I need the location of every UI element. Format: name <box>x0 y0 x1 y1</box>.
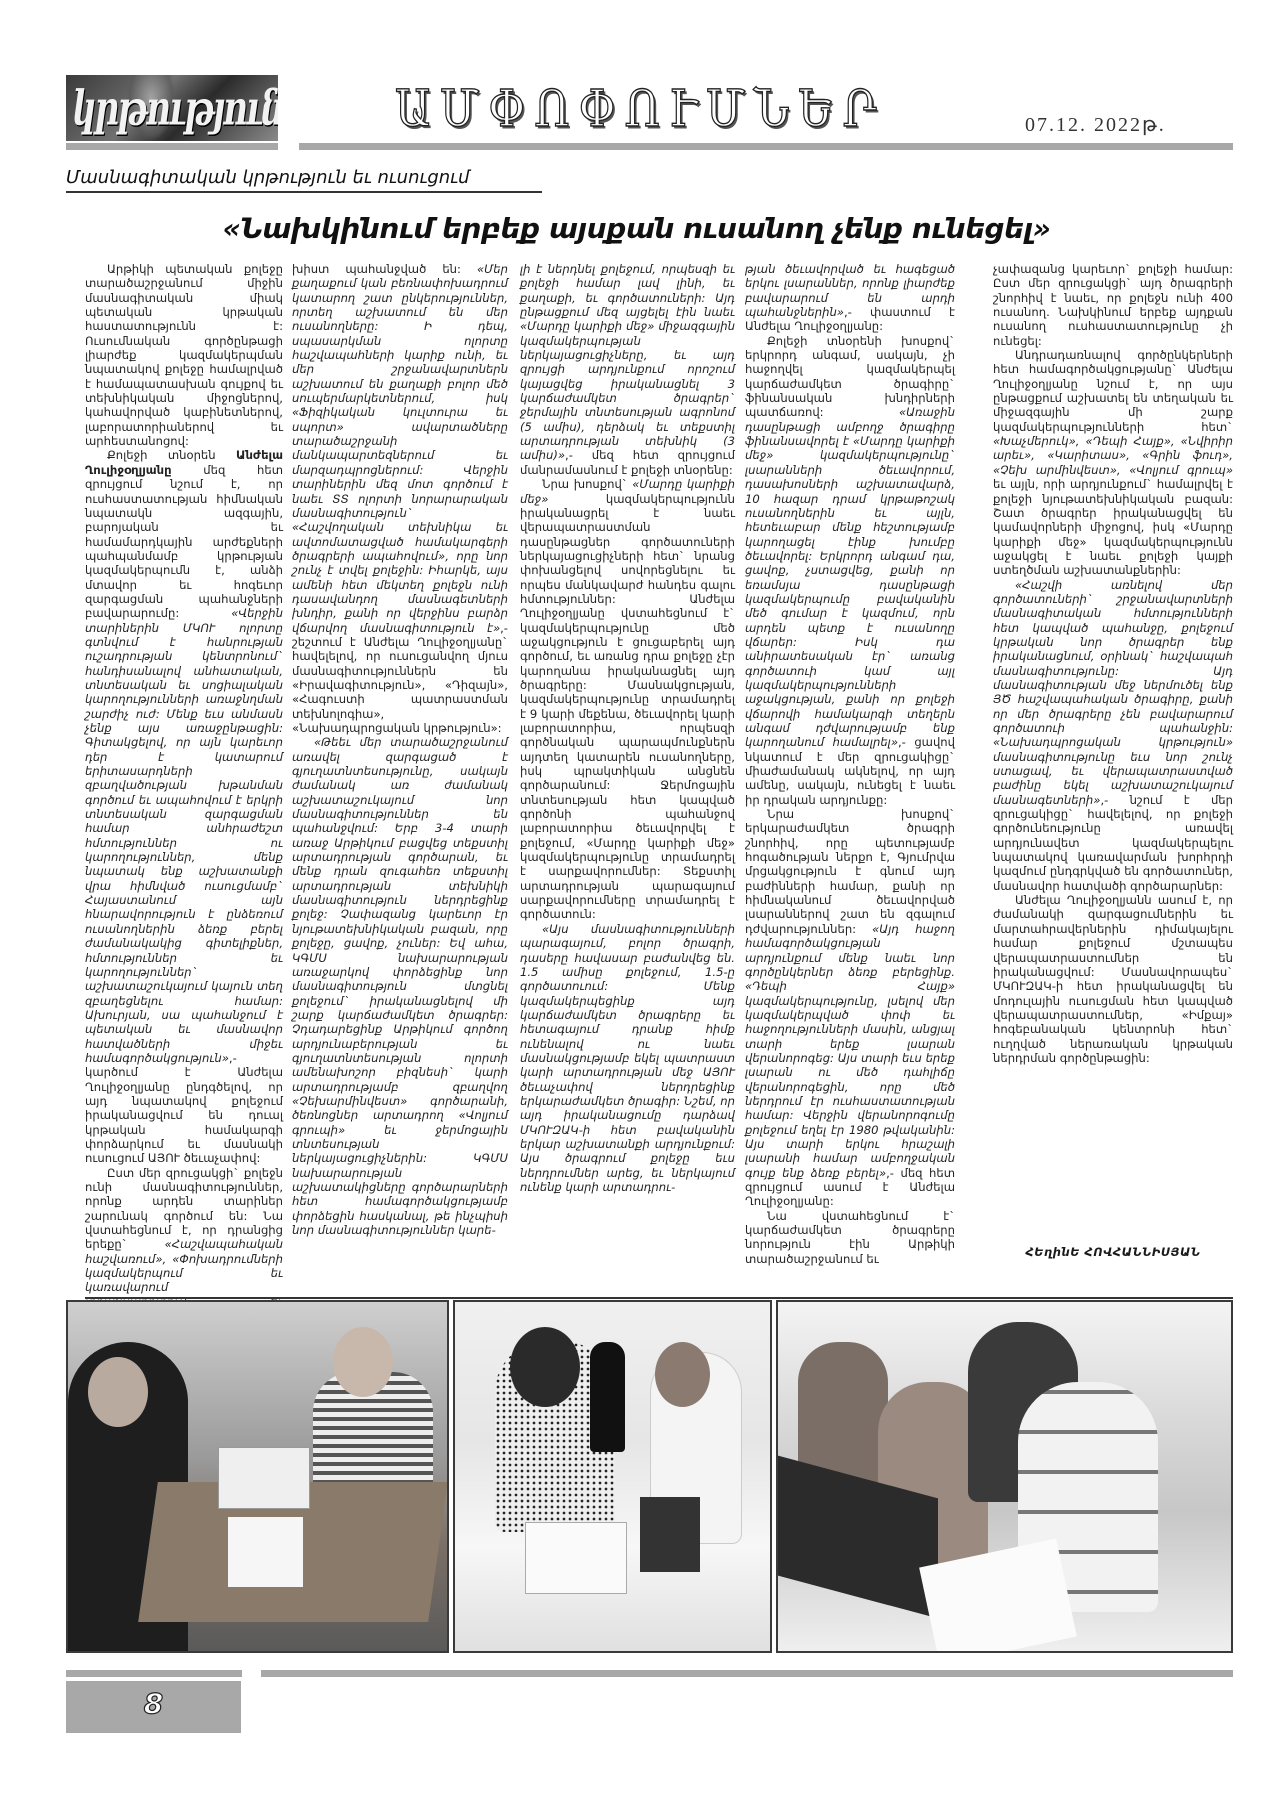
article-paragraph: «Թեեւ մեր տարածաշրջանում առավել զարգացած… <box>292 735 508 1237</box>
header-divider-left <box>66 143 278 150</box>
paragraph-italic: «Մեր քաղաքում կան բեռնափոխադրում կատարող… <box>292 262 508 635</box>
article-paragraph: «Հաշվի առնելով մեր գործատուների` շրջանավ… <box>993 578 1233 894</box>
article-headline: «Նախկինում երբեք այսքան ուսանող չենք ուն… <box>0 212 1273 245</box>
paragraph-tail: ,- կարծում է Անժելա Ղուլիջօղլյանը ընդգծե… <box>85 1051 283 1165</box>
paragraph-italic: «Այս մասնագիտությունների պարագայում, բոլ… <box>520 922 735 1194</box>
article-paragraph: Նա վստահեցնում է` կարճաժամկետ ծրագրերը ն… <box>745 1209 955 1266</box>
paragraph-tail: ,- նշում է մեր զրուցակիցը` հավելելով, որ… <box>993 793 1233 893</box>
photo-director-at-desk <box>66 1300 449 1653</box>
article-column-3: լի է ներդնել քոլեջում, որպեսզի եւ քոլեջի… <box>520 262 735 1194</box>
paragraph-text: խիստ պահանջված են: <box>292 262 477 276</box>
paragraph-italic: «Հաշվի առնելով մեր գործատուների` շրջանավ… <box>993 578 1233 807</box>
paragraph-lead: Քոլեջի տնօրեն <box>107 448 236 462</box>
paragraph-italic: «Թեեւ մեր տարածաշրջանում առավել զարգացած… <box>292 735 508 1237</box>
page-number: 8 <box>66 1687 241 1720</box>
face-shape <box>655 1342 710 1407</box>
paragraph-text: չափազանց կարեւոր` քոլեջի համար: Ըստ մեր … <box>993 262 1233 348</box>
logo-text: կրթություն <box>72 81 278 137</box>
newspaper-logo: կրթություն <box>66 75 278 141</box>
article-bottom-rule <box>85 1297 1233 1299</box>
article-paragraph: Նրա խոսքով` «Մարդը կարիքի մեջ» կազմակերպ… <box>520 477 735 922</box>
supplies-box-shape <box>218 1447 310 1509</box>
article-paragraph: Անդրադառնալով գործընկերների հետ համագործ… <box>993 348 1233 578</box>
article-column-1: Արթիկի պետական քոլեջը տարածաշրջանում միջ… <box>85 262 283 1352</box>
paragraph-text: Արթիկի պետական քոլեջը տարածաշրջանում միջ… <box>85 262 283 448</box>
face-shape <box>88 1357 148 1427</box>
article-rubric: Մասնագիտական կրթություն եւ ուսուցում <box>66 167 542 193</box>
article-paragraph: Նրա խոսքով` երկարաժամկետ ծրագրի շնորհիվ,… <box>745 807 955 1209</box>
photo-sewing-workshop <box>453 1300 772 1653</box>
article-column-4: թյան ծեւավորված եւ հագեցած երկու լսարանն… <box>745 262 955 1266</box>
paragraph-italic: «Վերջին տարիներին ՄԿՈՒ ոլորտը գտնվում է … <box>85 606 283 1065</box>
paragraph-italic: «Այդ հաջող համագործակցության արդյունքում… <box>745 922 955 1180</box>
article-paragraph: չափազանց կարեւոր` քոլեջի համար: Ըստ մեր … <box>993 262 1233 348</box>
paragraph-text: Անդրադառնալով գործընկերների հետ համագործ… <box>993 348 1233 434</box>
face-shape <box>333 1327 393 1397</box>
hair-shape <box>510 1327 580 1407</box>
author-byline: ՀԵղինԵ ՀՈՎՀԱՆՆԻՍՅԱՆ <box>993 1245 1233 1259</box>
page-number-box: 8 <box>66 1681 241 1733</box>
footer-divider-right <box>261 1670 1233 1677</box>
paragraph-tail: ,- շեշտում է Անժելա Ղուլիջօղլյանը` հավել… <box>292 621 508 735</box>
article-paragraph: Քոլեջի տնօրեն Անժելա Ղուլիջօղլյանը մեզ հ… <box>85 448 283 1165</box>
paper-shape <box>228 1517 303 1587</box>
paragraph-text: Անժելա Ղուլիջօղլյանն ասում է, որ ժամանակ… <box>993 893 1233 1065</box>
photo-computer-lab <box>776 1300 1233 1653</box>
mannequin-shape <box>590 1342 625 1452</box>
article-column-5: չափազանց կարեւոր` քոլեջի համար: Ըստ մեր … <box>993 262 1233 1065</box>
paragraph-tail: կազմակերպությունն իրականացրել է նաեւ վեր… <box>520 492 735 922</box>
footer-divider-left <box>66 1670 242 1677</box>
paragraph-text: մեզ հետ զրույցում նշում է, որ ուսհաստատո… <box>85 463 283 620</box>
paragraph-text: Նա վստահեցնում է` կարճաժամկետ ծրագրերը ն… <box>745 1209 955 1266</box>
article-paragraph: թյան ծեւավորված եւ հագեցած երկու լսարանն… <box>745 262 955 334</box>
paragraph-text: Նրա խոսքով` երկարաժամկետ ծրագրի շնորհիվ,… <box>745 807 955 936</box>
sewing-machine-shape <box>525 1522 627 1594</box>
section-title: ԱՄՓՈՓՈՒՄՆԵՐ <box>395 80 886 139</box>
paragraph-tail: եւ այլն, որի արդյունքում` համալրվել է քո… <box>993 477 1233 577</box>
bottles-shape <box>640 1497 700 1572</box>
issue-date: 07.12. 2022թ. <box>1025 112 1166 137</box>
article-paragraph: Անժելա Ղուլիջօղլյանն ասում է, որ ժամանակ… <box>993 893 1233 1065</box>
header-divider-right <box>299 143 1233 150</box>
article-paragraph: խիստ պահանջված են: «Մեր քաղաքում կան բեռ… <box>292 262 508 735</box>
paragraph-italic: «Առաջին դասընթացի ամբողջ ծրագիրը ֆինանսա… <box>745 405 955 749</box>
paragraph-text: Նրա խոսքով` <box>542 477 632 491</box>
article-paragraph: Քոլեջի տնօրենի խոսքով` երկրորդ անգամ, սա… <box>745 334 955 807</box>
article-paragraph: լի է ներդնել քոլեջում, որպեսզի եւ քոլեջի… <box>520 262 735 477</box>
article-paragraph: Արթիկի պետական քոլեջը տարածաշրջանում միջ… <box>85 262 283 448</box>
article-column-2: խիստ պահանջված են: «Մեր քաղաքում կան բեռ… <box>292 262 508 1237</box>
article-paragraph: «Այս մասնագիտությունների պարագայում, բոլ… <box>520 922 735 1195</box>
paragraph-italic: լի է ներդնել քոլեջում, որպեսզի եւ քոլեջի… <box>520 262 735 462</box>
paragraph-italic: «Խաչմերուկ», «Դեպի Հայք», «Նվիրիր արեւ»,… <box>993 434 1233 477</box>
